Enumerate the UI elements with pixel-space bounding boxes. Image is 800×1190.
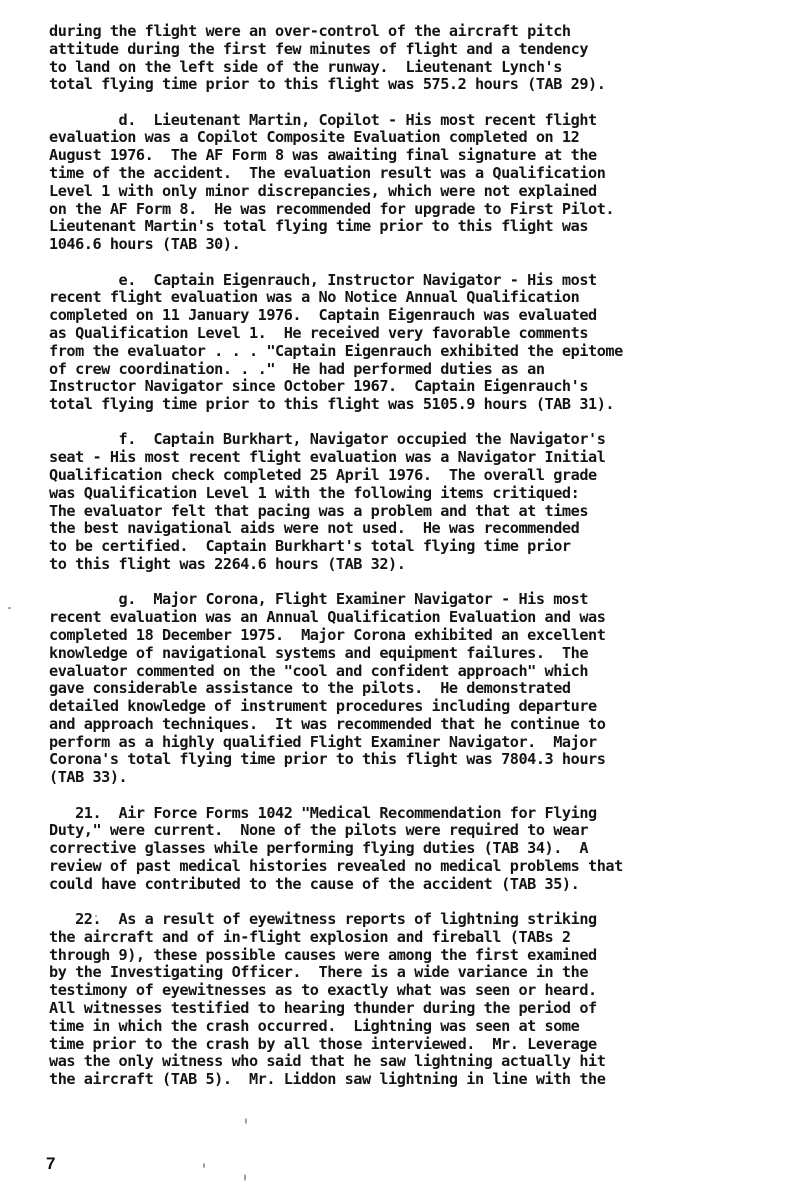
text-line: gave considerable assistance to the pilo… (49, 680, 789, 698)
text-line: evaluation was a Copilot Composite Evalu… (49, 129, 789, 147)
text-line: to land on the left side of the runway. … (49, 59, 789, 77)
text-line: d. Lieutenant Martin, Copilot - His most… (49, 112, 789, 130)
paragraph-item-e: e. Captain Eigenrauch, Instructor Naviga… (49, 272, 789, 414)
text-line: time in which the crash occurred. Lightn… (49, 1018, 789, 1036)
text-line: from the evaluator . . . "Captain Eigenr… (49, 343, 789, 361)
paragraph-spacer (49, 94, 789, 112)
text-line: testimony of eyewitnesses as to exactly … (49, 982, 789, 1000)
text-line: on the AF Form 8. He was recommended for… (49, 201, 789, 219)
text-line: Lieutenant Martin's total flying time pr… (49, 218, 789, 236)
paragraph-item-d: d. Lieutenant Martin, Copilot - His most… (49, 112, 789, 254)
text-line: time prior to the crash by all those int… (49, 1036, 789, 1054)
text-line: the best navigational aids were not used… (49, 520, 789, 538)
scan-speck (95, 915, 97, 917)
scan-speck (203, 1163, 205, 1168)
text-line: to this flight was 2264.6 hours (TAB 32)… (49, 556, 789, 574)
text-line: f. Captain Burkhart, Navigator occupied … (49, 431, 789, 449)
text-line: Qualification check completed 25 April 1… (49, 467, 789, 485)
text-line: August 1976. The AF Form 8 was awaiting … (49, 147, 789, 165)
text-line: to be certified. Captain Burkhart's tota… (49, 538, 789, 556)
paragraph-lynch-continued: during the flight were an over-control o… (49, 23, 789, 94)
text-line: perform as a highly qualified Flight Exa… (49, 734, 789, 752)
text-line: recent evaluation was an Annual Qualific… (49, 609, 789, 627)
paragraph-spacer (49, 254, 789, 272)
text-line: was Qualification Level 1 with the follo… (49, 485, 789, 503)
text-line: The evaluator felt that pacing was a pro… (49, 503, 789, 521)
paragraph-item-f: f. Captain Burkhart, Navigator occupied … (49, 431, 789, 573)
paragraph-spacer (49, 894, 789, 912)
paragraph-para-22: 22. As a result of eyewitness reports of… (49, 911, 789, 1089)
text-line: 1046.6 hours (TAB 30). (49, 236, 789, 254)
paragraph-para-21: 21. Air Force Forms 1042 "Medical Recomm… (49, 805, 789, 894)
text-line: evaluator commented on the "cool and con… (49, 663, 789, 681)
text-line: and approach techniques. It was recommen… (49, 716, 789, 734)
scan-speck (244, 1174, 246, 1181)
text-line: of crew coordination. . ." He had perfor… (49, 361, 789, 379)
text-line: seat - His most recent flight evaluation… (49, 449, 789, 467)
text-line: was the only witness who said that he sa… (49, 1053, 789, 1071)
text-line: knowledge of navigational systems and eq… (49, 645, 789, 663)
page-number: 7 (46, 1154, 55, 1174)
text-line: detailed knowledge of instrument procedu… (49, 698, 789, 716)
paragraph-item-g: g. Major Corona, Flight Examiner Navigat… (49, 591, 789, 787)
text-line: All witnesses testified to hearing thund… (49, 1000, 789, 1018)
text-line: g. Major Corona, Flight Examiner Navigat… (49, 591, 789, 609)
text-line: the aircraft and of in-flight explosion … (49, 929, 789, 947)
text-line: recent flight evaluation was a No Notice… (49, 289, 789, 307)
text-line: completed 18 December 1975. Major Corona… (49, 627, 789, 645)
text-line: Corona's total flying time prior to this… (49, 751, 789, 769)
text-line: total flying time prior to this flight w… (49, 396, 789, 414)
text-line: 22. As a result of eyewitness reports of… (49, 911, 789, 929)
text-line: Duty," were current. None of the pilots … (49, 822, 789, 840)
text-line: total flying time prior to this flight w… (49, 76, 789, 94)
text-line: Instructor Navigator since October 1967.… (49, 378, 789, 396)
document-page: during the flight were an over-control o… (49, 23, 789, 1089)
text-line: corrective glasses while performing flyi… (49, 840, 789, 858)
scan-speck (8, 607, 11, 609)
text-line: attitude during the first few minutes of… (49, 41, 789, 59)
paragraph-spacer (49, 787, 789, 805)
text-line: time of the accident. The evaluation res… (49, 165, 789, 183)
text-line: the aircraft (TAB 5). Mr. Liddon saw lig… (49, 1071, 789, 1089)
text-line: completed on 11 January 1976. Captain Ei… (49, 307, 789, 325)
text-line: 21. Air Force Forms 1042 "Medical Recomm… (49, 805, 789, 823)
text-line: through 9), these possible causes were a… (49, 947, 789, 965)
text-line: as Qualification Level 1. He received ve… (49, 325, 789, 343)
text-line: e. Captain Eigenrauch, Instructor Naviga… (49, 272, 789, 290)
text-line: could have contributed to the cause of t… (49, 876, 789, 894)
paragraph-spacer (49, 574, 789, 592)
text-line: by the Investigating Officer. There is a… (49, 964, 789, 982)
scan-speck (245, 1118, 247, 1124)
paragraph-spacer (49, 414, 789, 432)
text-line: review of past medical histories reveale… (49, 858, 789, 876)
text-line: Level 1 with only minor discrepancies, w… (49, 183, 789, 201)
text-line: (TAB 33). (49, 769, 789, 787)
text-line: during the flight were an over-control o… (49, 23, 789, 41)
